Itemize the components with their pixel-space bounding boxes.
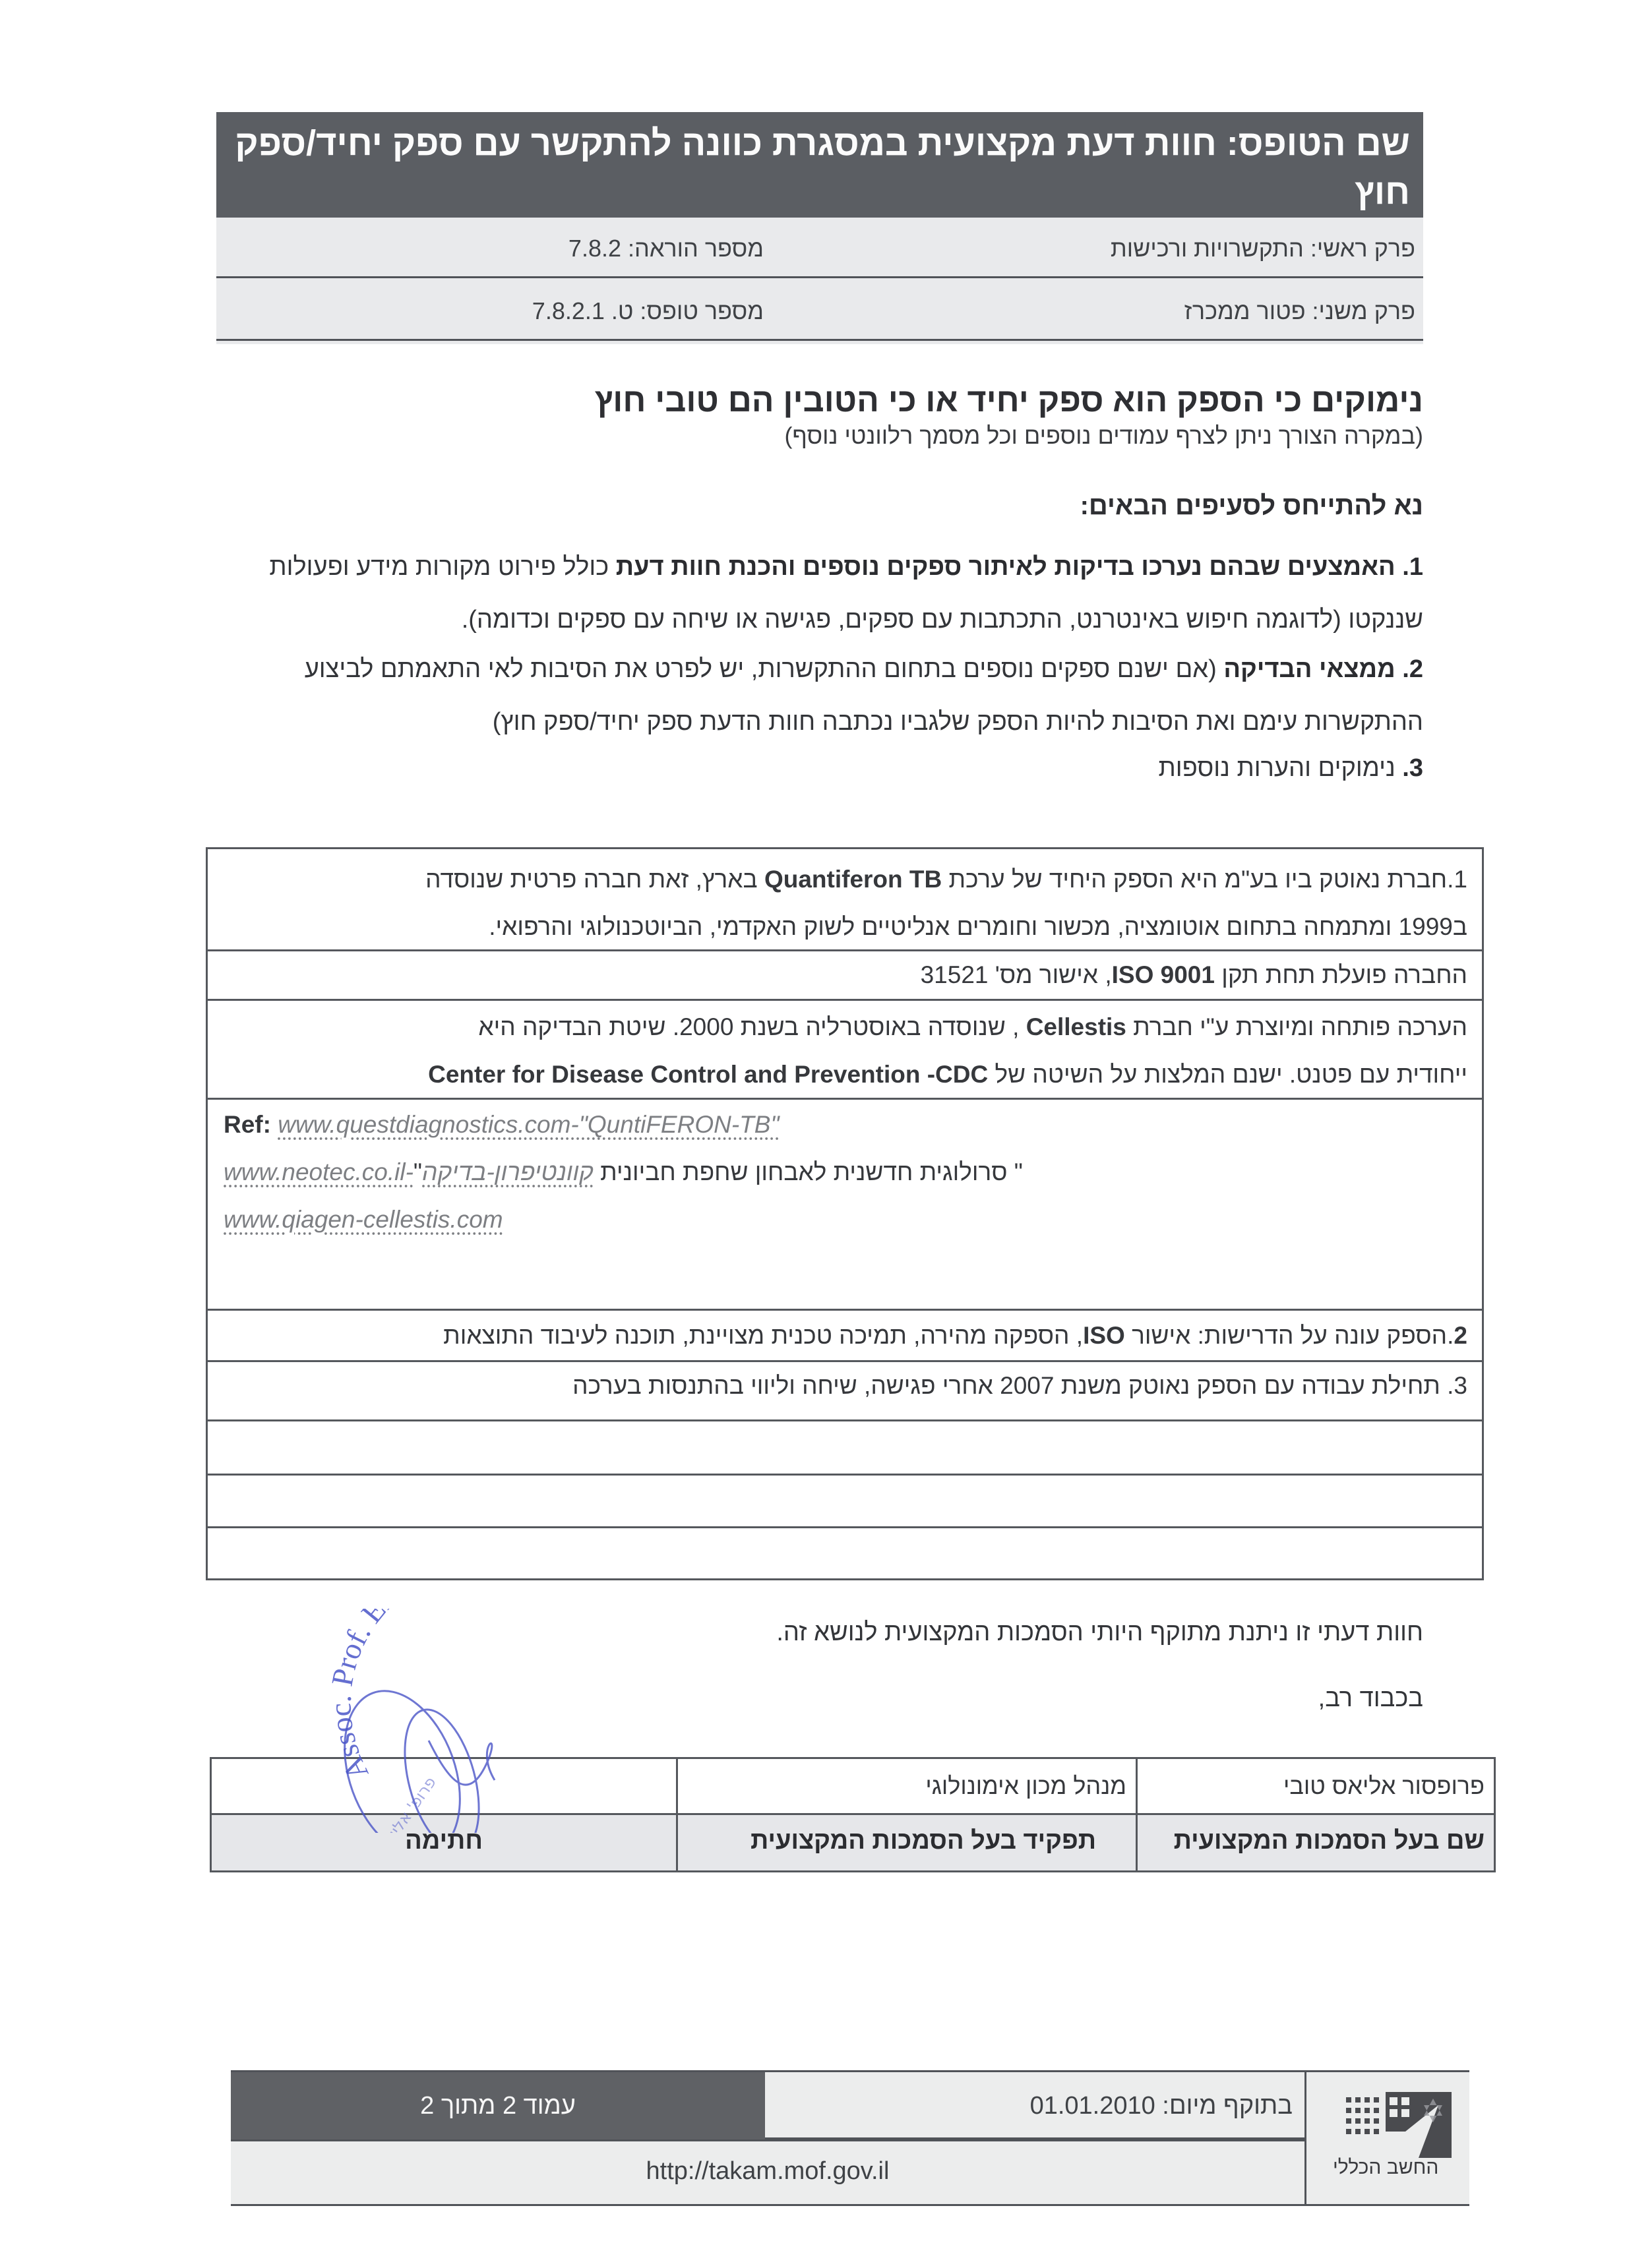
row-text: 1.חברת נאוטק ביו בע"מ היא הספק היחיד של … xyxy=(942,866,1467,893)
instruction-item-1: 1. האמצעים שבהם נערכו בדיקות לאיתור ספקי… xyxy=(197,541,1423,646)
table-row: החברה פועלת תחת תקן ISO 9001, אישור מס' … xyxy=(208,951,1482,1001)
section-subtitle: (במקרה הצורך ניתן לצרף עמודים נוספים וכל… xyxy=(784,422,1423,450)
row-text: , שנוסדה באוסטרליה בשנת 2000. שיטת הבדיק… xyxy=(478,1013,1026,1040)
footer-url-row: http://takam.mof.gov.il xyxy=(231,2139,1304,2204)
refer-intro: נא להתייחס לסעיפים הבאים: xyxy=(1080,491,1423,521)
table-row-references: Ref: www.questdiagnostics.com-"QuntiFERO… xyxy=(208,1100,1482,1311)
row-bold: ISO 9001 xyxy=(1112,961,1215,988)
logo-grid-star-icon xyxy=(1333,2092,1452,2158)
closing-statement: חוות דעתי זו ניתנת מתוקף היותי הסמכות המ… xyxy=(776,1619,1423,1647)
sig-col-signature: חתימה xyxy=(212,1759,676,1870)
row-bold: Center for Disease Control and Preventio… xyxy=(428,1061,988,1088)
signature-table: פרופסור אליאס טובי שם בעל הסמכות המקצועי… xyxy=(210,1757,1496,1872)
ref-label: Ref: xyxy=(224,1111,271,1138)
row-text: ייחודית עם פטנט. ישנם המלצות על השיטה של xyxy=(988,1061,1467,1088)
ref-quote: " xyxy=(414,1158,422,1185)
form-meta: פרק ראשי: התקשרויות ורכישות מספר הוראה: … xyxy=(216,218,1423,344)
sig-col-name: פרופסור אליאס טובי שם בעל הסמכות המקצועי… xyxy=(1138,1759,1494,1870)
table-row: 1.חברת נאוטק ביו בע"מ היא הספק היחיד של … xyxy=(208,849,1482,951)
item-bold: האמצעים שבהם נערכו בדיקות לאיתור ספקים נ… xyxy=(616,553,1395,581)
sig-col-role: מנהל מכון אימונולוגי תפקיד בעל הסמכות המ… xyxy=(676,1759,1138,1870)
item-bold: ממצאי הבדיקה xyxy=(1223,655,1395,683)
accountant-general-logo: החשב הכללי xyxy=(1304,2072,1469,2204)
footer-url-link[interactable]: http://takam.mof.gov.il xyxy=(231,2157,1304,2186)
row-text: החברה פועלת תחת תקן xyxy=(1215,961,1467,988)
item-text: נימוקים והערות נוספות xyxy=(1158,754,1395,782)
row-text: , הספקה מהירה, תמיכה טכנית מצויינת, תוכנ… xyxy=(443,1322,1083,1349)
justification-table: 1.חברת נאוטק ביו בע"מ היא הספק היחיד של … xyxy=(206,847,1484,1580)
meta-row-main: פרק ראשי: התקשרויות ורכישות מספר הוראה: … xyxy=(216,218,1423,278)
table-row-empty[interactable] xyxy=(208,1528,1482,1578)
ref-link-neotec[interactable]: www.neotec.co.il- xyxy=(224,1158,414,1185)
table-row: 2.הספק עונה על הדרישות: אישור ISO, הספקה… xyxy=(208,1311,1482,1362)
valid-from: בתוקף מיום: 01.01.2010 xyxy=(765,2072,1304,2139)
item-number: 3. xyxy=(1402,754,1423,782)
row-bold: Quantiferon TB xyxy=(764,866,942,893)
table-row-empty[interactable] xyxy=(208,1421,1482,1476)
sub-chapter: פרק משני: פטור ממכרז xyxy=(1184,297,1415,325)
row-text: ב1999 ומתמחה בתחום אוטומציה, מכשור וחומר… xyxy=(224,903,1467,951)
instruction-number: מספר הוראה: 7.8.2 xyxy=(568,235,764,262)
instruction-item-2: 2. ממצאי הבדיקה (אם ישנם ספקים נוספים בת… xyxy=(197,643,1423,748)
row-text: 3. תחילת עבודה עם הספק נאוטק משנת 2007 א… xyxy=(224,1362,1467,1410)
row-bold: Cellestis xyxy=(1026,1013,1126,1040)
table-row-empty[interactable] xyxy=(208,1476,1482,1528)
row-number: 2 xyxy=(1454,1322,1467,1349)
item-number: 2. xyxy=(1402,655,1423,683)
table-row: הערכה פותחה ומיוצרת ע"י חברת Cellestis ,… xyxy=(208,1001,1482,1100)
row-text: בארץ, זאת חברה פרטית שנוסדה xyxy=(425,866,764,893)
row-text: הערכה פותחה ומיוצרת ע"י חברת xyxy=(1126,1013,1467,1040)
meta-row-sub: פרק משני: פטור ממכרז מספר טופס: ט. 7.8.2… xyxy=(216,280,1423,341)
role-label: תפקיד בעל הסמכות המקצועית xyxy=(751,1827,1096,1855)
instruction-item-3: 3. נימוקים והערות נוספות xyxy=(197,742,1423,794)
form-header: שם הטופס: חוות דעת מקצועית במסגרת כוונה … xyxy=(216,112,1423,344)
table-row: 3. תחילת עבודה עם הספק נאוטק משנת 2007 א… xyxy=(208,1362,1482,1421)
form-title: שם הטופס: חוות דעת מקצועית במסגרת כוונה … xyxy=(216,112,1423,218)
closing-regards: בכבוד רב, xyxy=(1318,1685,1423,1713)
page-indicator: עמוד 2 מתוך 2 xyxy=(231,2072,765,2139)
ref-link-questdiagnostics[interactable]: www.questdiagnostics.com-"QuntiFERON-TB" xyxy=(278,1111,779,1138)
signature-label: חתימה xyxy=(405,1827,483,1855)
form-number: מספר טופס: ט. 7.8.2.1 xyxy=(532,297,764,325)
authority-name: פרופסור אליאס טובי xyxy=(1283,1772,1485,1800)
ref-link-qiagen[interactable]: www.qiagen-cellestis.com xyxy=(224,1206,503,1233)
item-number: 1. xyxy=(1402,553,1423,581)
row-text: , אישור מס' 31521 xyxy=(921,961,1112,988)
section-title: נימוקים כי הספק הוא ספק יחיד או כי הטובי… xyxy=(595,381,1423,419)
signature-field[interactable] xyxy=(212,1759,676,1815)
name-label: שם בעל הסמכות המקצועית xyxy=(1174,1827,1485,1855)
main-chapter: פרק ראשי: התקשרויות ורכישות xyxy=(1111,235,1415,262)
row-text: .הספק עונה על הדרישות: אישור xyxy=(1125,1322,1454,1349)
authority-role: מנהל מכון אימונולוגי xyxy=(925,1772,1126,1800)
row-bold: ISO xyxy=(1083,1322,1125,1349)
page-footer: עמוד 2 מתוך 2 בתוקף מיום: 01.01.2010 htt… xyxy=(231,2070,1469,2206)
logo-text: החשב הכללי xyxy=(1333,2157,1438,2179)
ref-text: " סרולוגית חדשנית לאבחון שחפת חביונית xyxy=(594,1158,1023,1185)
ref-link-hebrew[interactable]: קוונטיפרון-בדיקה xyxy=(422,1158,594,1185)
